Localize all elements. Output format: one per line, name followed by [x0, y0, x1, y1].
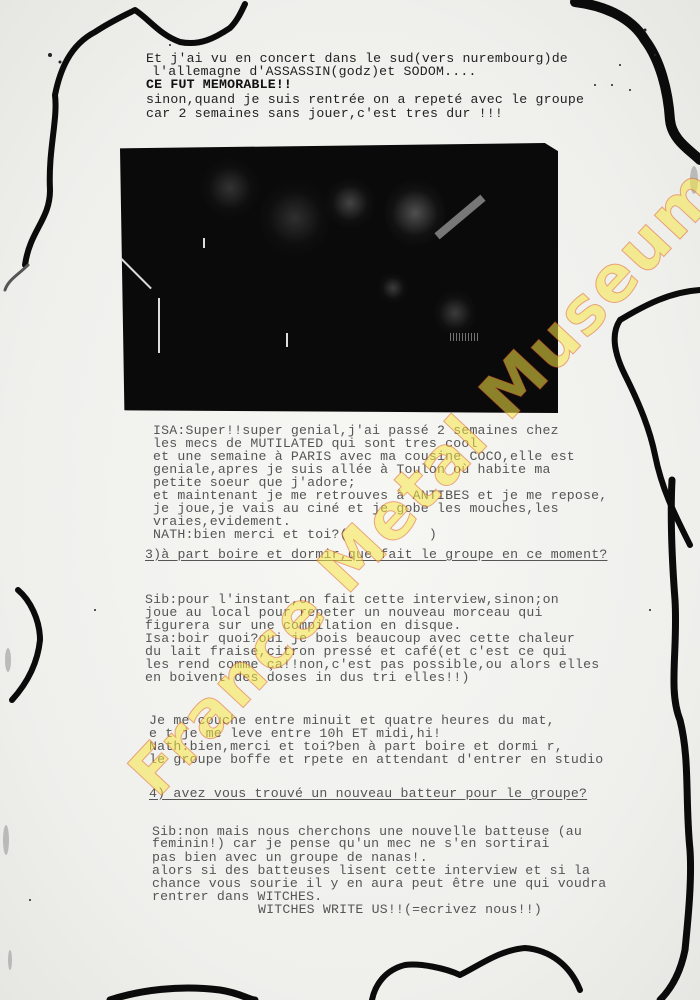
question-heading: 3)à part boire et dormir,que fait le gro…: [145, 548, 608, 562]
band-member-silhouette: [260, 178, 330, 258]
fanzine-page: Et j'ai vu en concert dans le sud(vers n…: [0, 0, 700, 1000]
text-line: feminin!) car je pense qu'un mec ne s'en…: [152, 837, 550, 851]
answer-block-sib-isa: Sib:pour l'instant,on fait cette intervi…: [0, 593, 700, 715]
intro-paragraph: Et j'ai vu en concert dans le sud(vers n…: [0, 52, 700, 147]
band-member-silhouette: [385, 178, 445, 248]
answer-block-sleep-nath: Je me couche entre minuit et quatre heur…: [0, 714, 700, 796]
band-member-silhouette: [200, 158, 260, 218]
answer-block-drummer: Sib:non mais nous cherchons une nouvelle…: [0, 825, 700, 947]
closing-line: WITCHES WRITE US!!(=ecrivez nous!!): [258, 903, 542, 917]
cymbal-stand: [158, 298, 160, 353]
guitar-strings: [450, 333, 480, 341]
band-photo: [120, 143, 558, 413]
band-member-silhouette: [325, 178, 375, 228]
question-heading: 4) avez vous trouvé un nouveau batteur p…: [149, 787, 587, 801]
stage-light-streak: [203, 238, 205, 248]
cymbal-stand: [120, 256, 152, 289]
text-line: en boivent des doses in dus tri elles!!): [145, 671, 470, 685]
stage-light-streak: [286, 333, 288, 347]
hand-highlight: [435, 288, 475, 338]
question-4: 4) avez vous trouvé un nouveau batteur p…: [0, 787, 700, 828]
text-line: car 2 semaines sans jouer,c'est tres dur…: [146, 107, 503, 121]
text-line: NATH:bien merci et toi?( ): [153, 528, 437, 542]
text-line: sinon,quand je suis rentrée on a repeté …: [146, 93, 584, 107]
text-line: le groupe boffe et rpete en attendant d'…: [149, 753, 603, 767]
text-line: CE FUT MEMORABLE!!: [146, 78, 292, 92]
question-3: 3)à part boire et dormir,que fait le gro…: [0, 548, 700, 589]
hand-highlight: [378, 273, 408, 303]
